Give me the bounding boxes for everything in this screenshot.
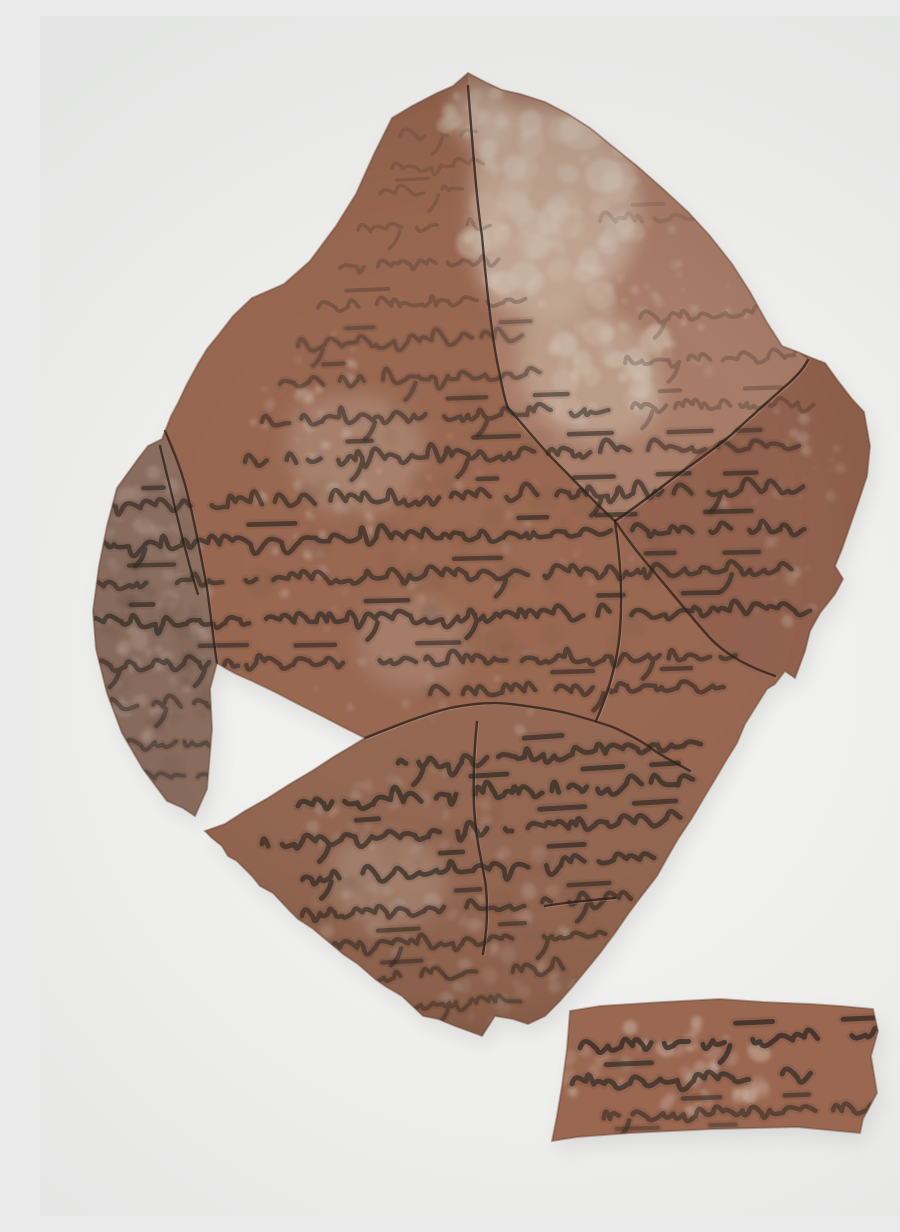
ostracon-scene	[40, 16, 900, 1216]
ostracon-photograph	[40, 16, 900, 1216]
